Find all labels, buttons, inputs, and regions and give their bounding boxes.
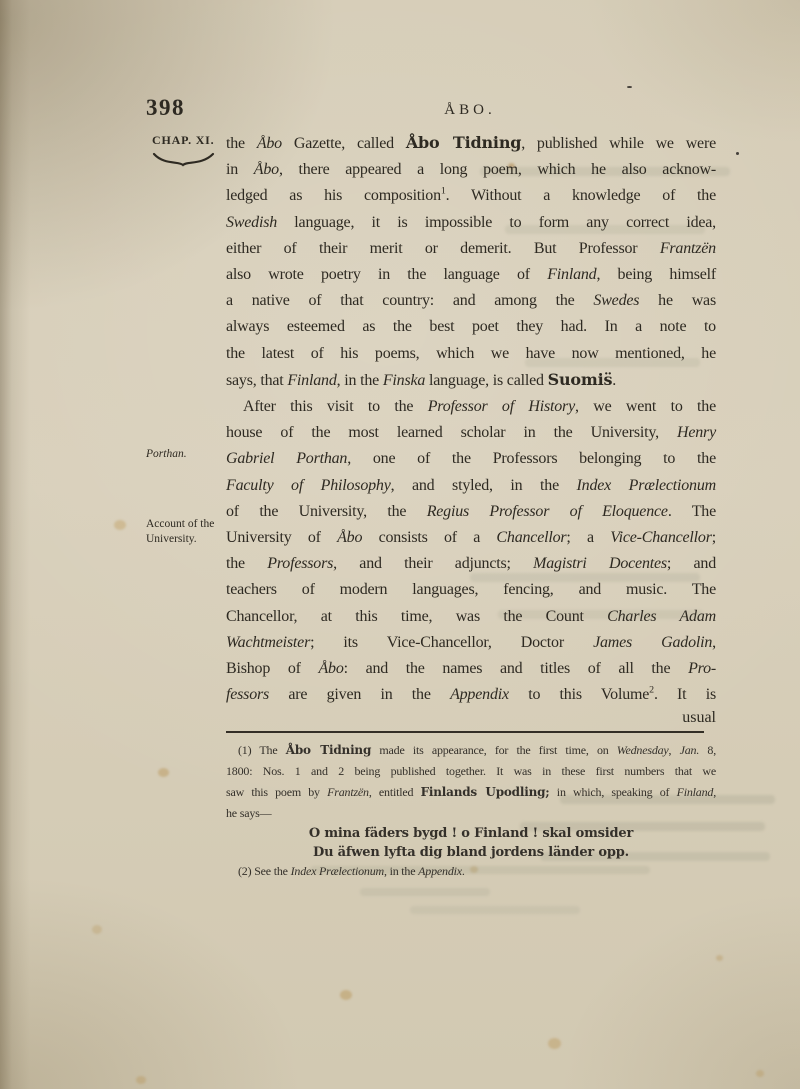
body-line: in Åbo, there appeared a long poem, whic… bbox=[226, 157, 716, 183]
footnote-rule bbox=[226, 731, 704, 733]
foxing-spot bbox=[548, 1038, 561, 1049]
body-line: Bishop of Åbo: and the names and titles … bbox=[226, 656, 716, 682]
book-page: 398 ÅBO. CHAP. XI. Porthan. Account of t… bbox=[0, 0, 800, 1089]
body-line: ledged as his composition1. Without a kn… bbox=[226, 183, 716, 209]
body-line: Gabriel Porthan, one of the Professors b… bbox=[226, 446, 716, 472]
footnote-verse-line: O mina fäders bygd ! o Finland ! skal om… bbox=[226, 824, 716, 843]
footnote-1-line: saw this poem by Frantzën, entitled Finl… bbox=[226, 782, 716, 803]
bleed-through-artifact bbox=[410, 906, 580, 914]
body-line: a native of that country: and among the … bbox=[226, 288, 716, 314]
ink-speck bbox=[627, 86, 632, 88]
body-line: always esteemed as the best poet they ha… bbox=[226, 314, 716, 340]
margin-note-account-of-university: Account of the University. bbox=[146, 517, 230, 546]
ink-speck bbox=[736, 152, 739, 155]
body-line: the Professors, and their adjuncts; Magi… bbox=[226, 551, 716, 577]
footnote-2: (2) See the Index Prælectionum, in the A… bbox=[226, 861, 716, 882]
body-line: house of the most learned scholar in the… bbox=[226, 420, 716, 446]
chapter-label: CHAP. XI. bbox=[152, 133, 214, 148]
margin-note-porthan: Porthan. bbox=[146, 447, 230, 462]
foxing-spot bbox=[340, 990, 352, 1000]
foxing-spot bbox=[136, 1076, 146, 1084]
body-line: either of their merit or demerit. But Pr… bbox=[226, 236, 716, 262]
foxing-spot bbox=[114, 520, 126, 530]
footnotes: (1) The Åbo Tidning made its appearance,… bbox=[226, 740, 716, 882]
foxing-spot bbox=[158, 768, 169, 777]
body-line: University of Åbo consists of a Chancell… bbox=[226, 525, 716, 551]
body-line: teachers of modern languages, fencing, a… bbox=[226, 577, 716, 603]
footnote-1-line: (1) The Åbo Tidning made its appearance,… bbox=[226, 740, 716, 761]
body-line: After this visit to the Professor of His… bbox=[226, 394, 716, 420]
footnote-1-line: he says— bbox=[226, 803, 716, 824]
footnote-1-line: 1800: Nos. 1 and 2 being published toget… bbox=[226, 761, 716, 782]
page-number: 398 bbox=[146, 95, 185, 121]
body-line: the Åbo Gazette, called Åbo Tidning, pub… bbox=[226, 130, 716, 157]
body-line: Swedish language, it is impossible to fo… bbox=[226, 210, 716, 236]
foxing-spot bbox=[92, 925, 102, 934]
foxing-spot bbox=[756, 1070, 764, 1077]
body-text: the Åbo Gazette, called Åbo Tidning, pub… bbox=[226, 130, 716, 708]
body-line: the latest of his poems, which we have n… bbox=[226, 341, 716, 367]
body-line: Wachtmeister; its Vice-Chancellor, Docto… bbox=[226, 630, 716, 656]
body-line: also wrote poetry in the language of Fin… bbox=[226, 262, 716, 288]
body-line: Faculty of Philosophy, and styled, in th… bbox=[226, 473, 716, 499]
catchword: usual bbox=[226, 705, 716, 731]
body-line: says, that Finland, in the Finska langua… bbox=[226, 367, 716, 394]
bleed-through-artifact bbox=[360, 888, 490, 896]
chapter-brace-icon bbox=[152, 152, 216, 167]
body-line: Chancellor, at this time, was the Count … bbox=[226, 604, 716, 630]
footnote-verse-line: Du äfwen lyfta dig bland jordens länder … bbox=[226, 843, 716, 862]
foxing-spot bbox=[716, 955, 723, 961]
body-line: of the University, the Regius Professor … bbox=[226, 499, 716, 525]
running-head: ÅBO. bbox=[398, 102, 542, 119]
